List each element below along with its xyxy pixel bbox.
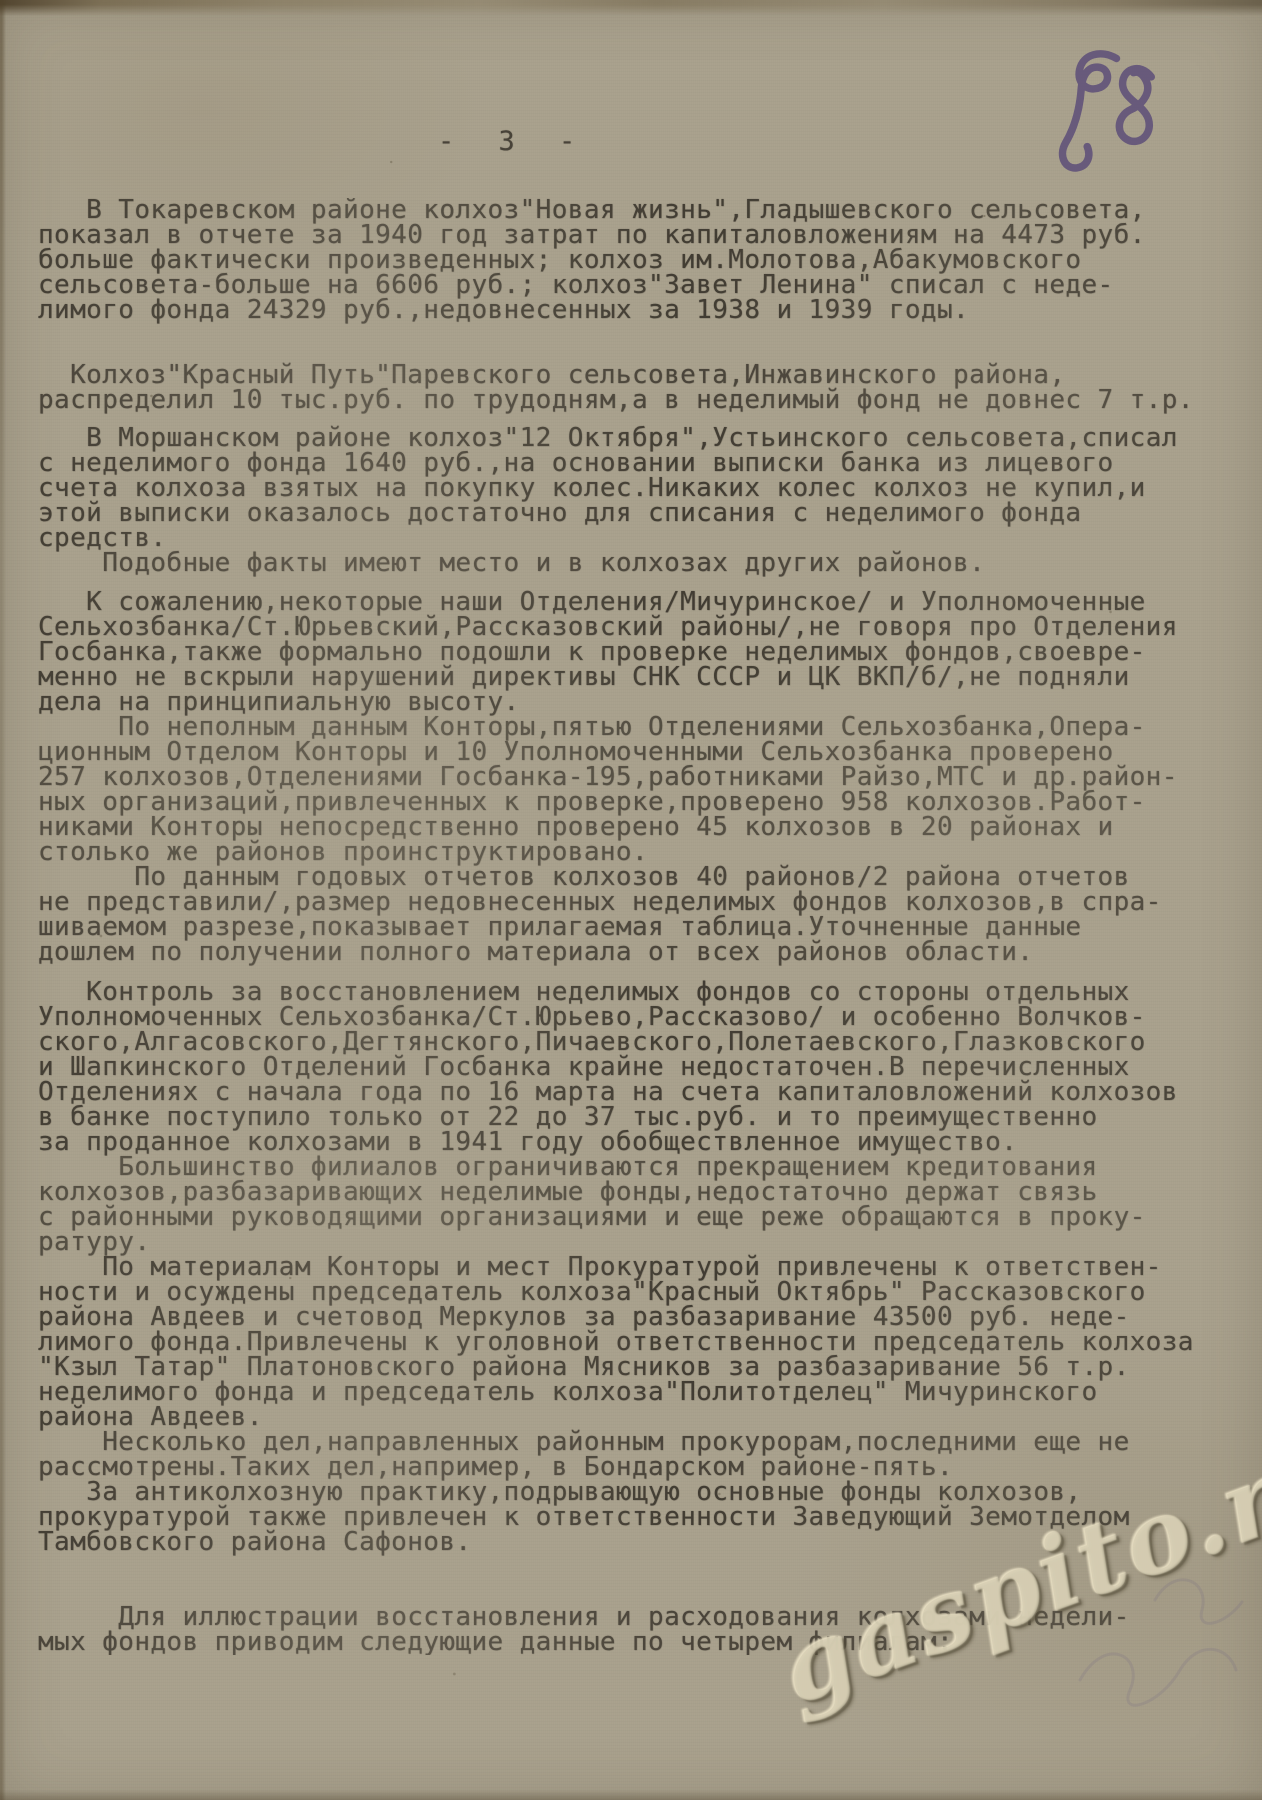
paragraph: К сожалению,некоторые наши Отделения/Мич… xyxy=(38,590,1234,715)
scan-edge-bottom xyxy=(0,1790,1262,1800)
paragraph: В Моршанском районе колхоз"12 Октября",У… xyxy=(38,426,1234,551)
handwritten-number-58 xyxy=(1041,42,1175,202)
paragraph: Подобные факты имеют место и в колхозах … xyxy=(38,551,1234,576)
paragraph: По материалам Конторы и мест Прокуратуро… xyxy=(38,1255,1234,1430)
paragraph: Большинство филиалов ограничиваются прек… xyxy=(38,1155,1234,1255)
document-page: - 3 - В Токаревском районе колхоз"Новая … xyxy=(0,0,1262,1800)
paragraph: По неполным данным Конторы,пятью Отделен… xyxy=(38,715,1234,865)
document-body: В Токаревском районе колхоз"Новая жизнь"… xyxy=(38,198,1234,1655)
scan-edge-top xyxy=(0,0,1262,16)
paragraph: По данным годовых отчетов колхозов 40 ра… xyxy=(38,865,1234,965)
scan-edge-left xyxy=(0,0,6,1800)
paragraph: Колхоз"Красный Путь"Паревского сельсовет… xyxy=(38,363,1234,413)
paragraph: Контроль за восстановлением неделимых фо… xyxy=(38,980,1234,1155)
page-number: - 3 - xyxy=(438,126,589,157)
paragraph: Несколько дел,направленных районным прок… xyxy=(38,1430,1234,1480)
paragraph: В Токаревском районе колхоз"Новая жизнь"… xyxy=(38,198,1234,323)
